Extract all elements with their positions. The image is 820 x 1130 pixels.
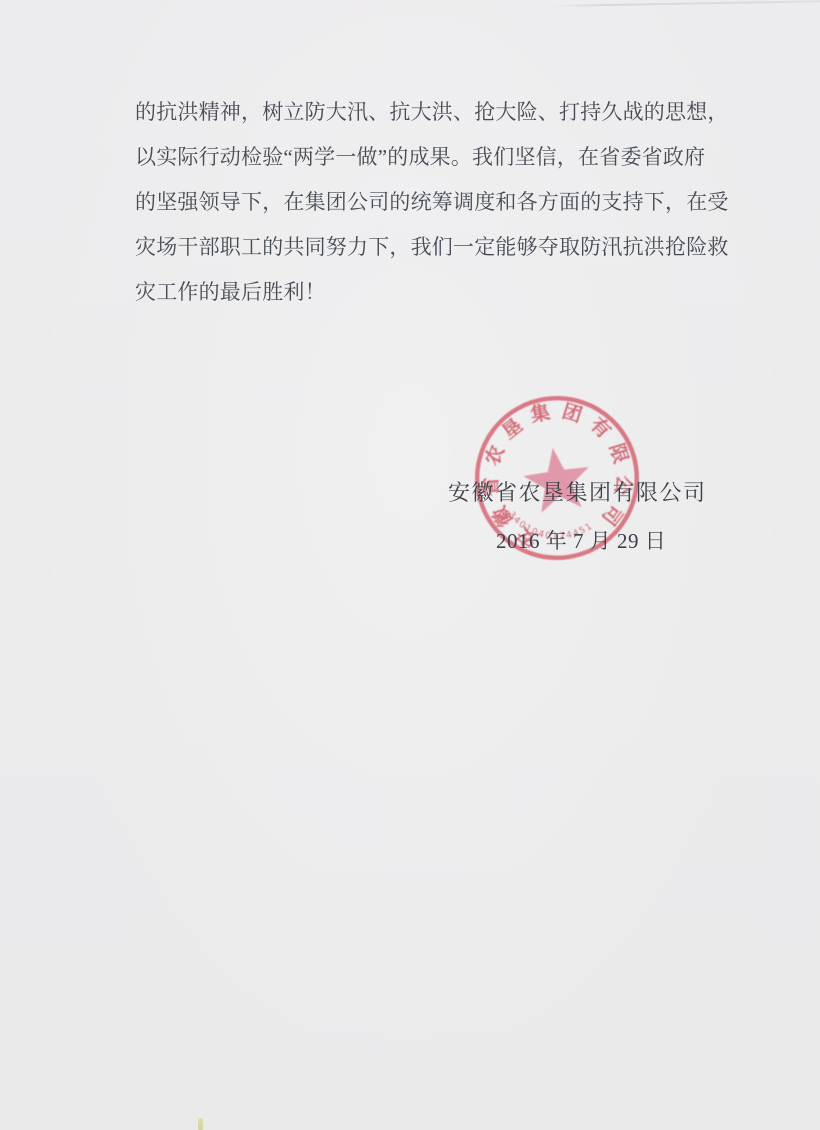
body-line-2: 以实际行动检验“两学一做”的成果。我们坚信，在省委省政府 (135, 135, 717, 180)
scan-artifact-bottom-mark (198, 1118, 203, 1130)
scan-artifact-paper-edge (551, 0, 820, 7)
scanned-document-page: 的抗洪精神，树立防大汛、抗大洪、抢大险、打持久战的思想， 以实际行动检验“两学一… (0, 0, 820, 1130)
body-line-5: 灾工作的最后胜利！ (135, 270, 717, 315)
body-line-4: 灾场干部职工的共同努力下，我们一定能够夺取防汛抗洪抢险救 (135, 225, 717, 270)
signature-company-name: 安徽省农垦集团有限公司 (448, 476, 707, 507)
body-line-3: 的坚强领导下，在集团公司的统筹调度和各方面的支持下，在受 (135, 180, 717, 225)
body-line-1: 的抗洪精神，树立防大汛、抗大洪、抢大险、打持久战的思想， (135, 90, 717, 135)
document-body: 的抗洪精神，树立防大汛、抗大洪、抢大险、打持久战的思想， 以实际行动检验“两学一… (135, 90, 717, 315)
signature-date: 2016 年 7 月 29 日 (496, 525, 666, 555)
